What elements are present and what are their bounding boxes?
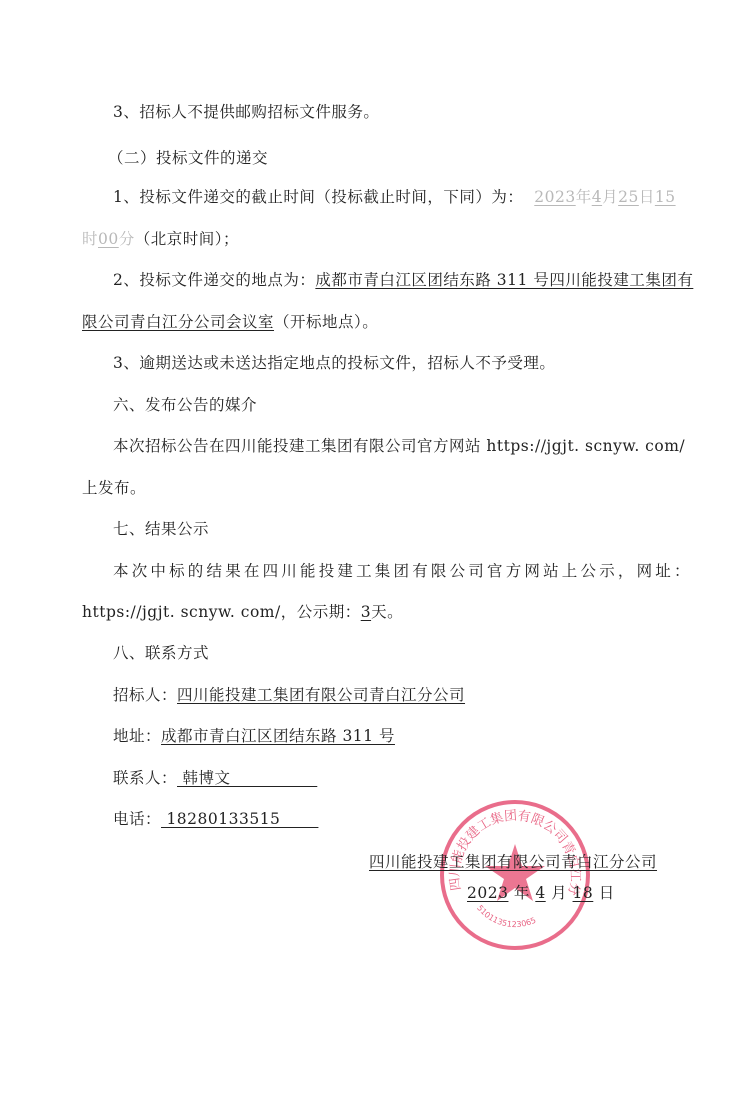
contact-address: 地址：成都市青白江区团结东路 311 号 [113,724,395,746]
section-7-title: 七、结果公示 [113,517,209,539]
paragraph-late: 3、逾期送达或未送达指定地点的投标文件，招标人不予受理。 [113,351,555,373]
section-7-body-cont: https://jgjt. scnyw. com/，公示期：3天。 [82,600,403,622]
company-seal: 四川能投建工集团有限公司青白江分公司 5101135123065 [440,800,590,950]
signature-date: 2023 年 4 月 18 日 [467,881,615,903]
section-6-title: 六、发布公告的媒介 [113,393,257,415]
section-7-body: 本次中标的结果在四川能投建工集团有限公司官方网站上公示，网址： [113,559,693,581]
subheading-submission: （二）投标文件的递交 [108,146,268,168]
signature-company: 四川能投建工集团有限公司青白江分公司 [369,850,657,872]
paragraph-location: 2、投标文件递交的地点为：成都市青白江区团结东路 311 号四川能投建工集团有 [113,268,693,290]
paragraph-no-mail: 3、招标人不提供邮购招标文件服务。 [113,100,379,122]
seal-star-icon: 四川能投建工集团有限公司青白江分公司 5101135123065 [444,804,586,946]
svg-text:5101135123065: 5101135123065 [475,903,537,929]
contact-person: 联系人： 韩博文 [113,766,317,788]
section-8-title: 八、联系方式 [113,641,209,663]
section-6-body: 本次招标公告在四川能投建工集团有限公司官方网站 https://jgjt. sc… [113,434,685,456]
paragraph-deadline-cont: 时00分（北京时间）； [82,227,239,249]
section-6-body-cont: 上发布。 [82,476,146,498]
paragraph-location-cont: 限公司青白江分公司会议室（开标地点）。 [82,310,378,332]
contact-phone: 电话： 18280133515 [113,807,318,829]
paragraph-deadline: 1、投标文件递交的截止时间（投标截止时间，下同）为： 2023年4月25日15 [113,185,676,207]
contact-tenderer: 招标人：四川能投建工集团有限公司青白江分公司 [113,683,465,705]
